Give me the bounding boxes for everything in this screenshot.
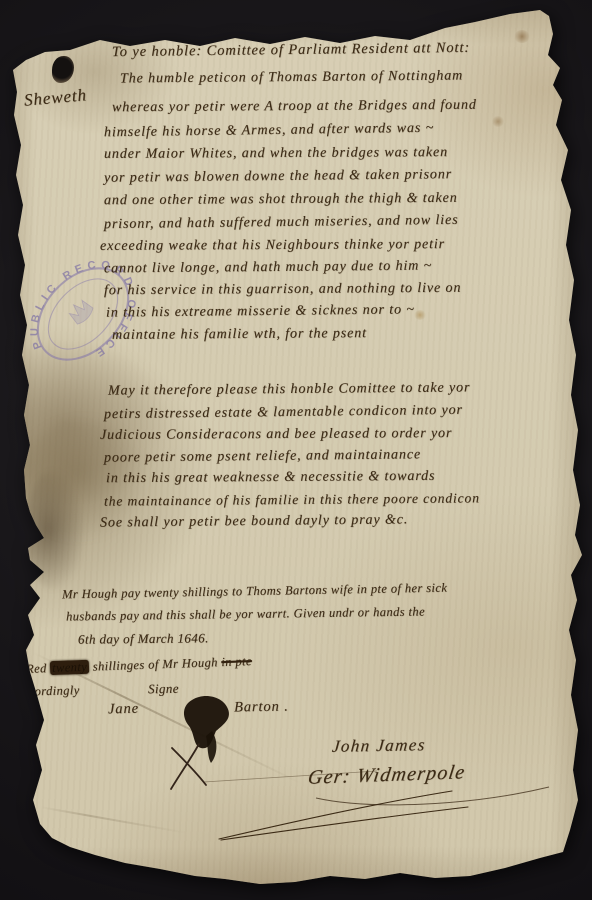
right-edge-spot (492, 116, 504, 127)
prayer-line: Judicious Consideracons and bee pleased … (100, 426, 452, 444)
petition-heading: To ye honble: Comittee of Parliamt Resid… (112, 40, 470, 61)
prayer-line: poore petir some psent reliefe, and main… (104, 447, 421, 466)
document-paper: PUBLIC RECORD OFFICE To ye honble: Comit… (0, 0, 592, 900)
mid-fox-spot (414, 310, 426, 320)
receipt-text: shillinges of Mr Hough (89, 655, 222, 674)
receipt-line: Red twenty shillinges of Mr Hough in pte (26, 654, 252, 677)
receipt-text-struck: in pte (221, 654, 252, 669)
petition-line: in this his extreame misserie & sicknes … (106, 302, 415, 321)
petition-line: cannot live longe, and hath much pay due… (104, 259, 432, 278)
order-line: 6th day of March 1646. (78, 630, 209, 647)
receipt-text-obliterated: twenty (50, 660, 89, 675)
receipt-name-last: Barton . (234, 699, 289, 717)
paper-hole (52, 56, 74, 83)
petition-line: whereas yor petir were A troop at the Br… (112, 98, 477, 117)
petition-subheading: The humble peticon of Thomas Barton of N… (120, 69, 463, 88)
photo-background: PUBLIC RECORD OFFICE To ye honble: Comit… (0, 0, 592, 900)
crown-icon (66, 297, 95, 326)
prayer-line: petirs distressed estate & lamentable co… (104, 403, 463, 423)
signature-underline (316, 787, 549, 805)
petition-line: exceeding weake that his Neighbours thin… (100, 237, 445, 255)
prayer-line: the maintainance of his familie in this … (104, 490, 480, 509)
order-line: Mr Hough pay twenty shillings to Thoms B… (62, 581, 447, 603)
margin-note-sheweth: Sheweth (23, 85, 87, 110)
petition-line: under Maior Whites, and when the bridges… (104, 145, 448, 163)
receipt-accordingly: accordingly (16, 683, 80, 700)
petition-line: for his service in this guarrison, and n… (104, 281, 461, 299)
petition-line: maintaine his familie wth, for the psent (112, 326, 367, 344)
signature-flourish (219, 791, 468, 840)
witness-cross-mark (171, 744, 206, 789)
fold-crease (40, 806, 188, 834)
petition-line: yor petir was blowen downe the head & ta… (104, 167, 452, 187)
petition-line: prisonr, and hath suffered much miseries… (104, 213, 459, 233)
receipt-signe-label: Signe (148, 681, 179, 698)
prayer-line: May it therefore please this honble Comi… (108, 380, 470, 399)
edge-tear-stain (24, 470, 84, 590)
ink-blot-drip (206, 731, 216, 763)
ink-blot (184, 696, 229, 748)
petition-line: himselfe his horse & Armes, and after wa… (104, 121, 434, 142)
receipt-text: Red (26, 661, 51, 676)
order-line: husbands pay and this shall be yor warrt… (66, 604, 425, 624)
prayer-line: in this his great weaknesse & necessitie… (106, 469, 435, 487)
top-right-spot (514, 30, 530, 43)
signature-widmerpole: Ger: Widmerpole (306, 761, 467, 790)
receipt-name-first: Jane (108, 701, 139, 719)
petition-line: and one other time was shot through the … (104, 191, 458, 209)
signature-john-james: John James (331, 735, 427, 757)
prayer-line: Soe shall yor petir bee bound dayly to p… (100, 512, 408, 531)
